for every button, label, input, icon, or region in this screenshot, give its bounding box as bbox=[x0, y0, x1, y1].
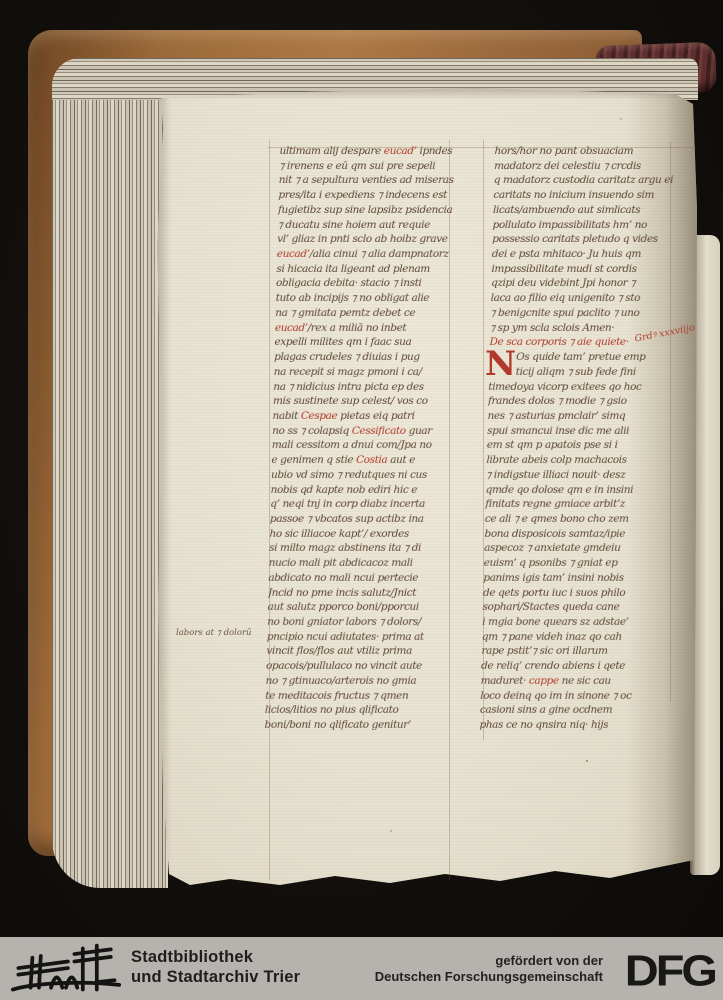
manuscript-text-line: mis sustinete sup celest/ vos co bbox=[273, 394, 449, 409]
manuscript-text-line: nucio mali pit abdicacoz mali bbox=[269, 556, 445, 571]
manuscript-text-line: vl’ gliaz in pnti sclo ab hoibz grave bbox=[277, 232, 453, 247]
manuscript-text-line: librate abeis colp machacois bbox=[486, 453, 670, 468]
manuscript-text-line: rape pstit’⁊ sic ori illarum bbox=[481, 644, 665, 659]
manuscript-text-line: pollulato impassibilitats hm’ no bbox=[492, 218, 676, 233]
manuscript-text-line: passoe ⁊ vbcatos sup actibz ina bbox=[270, 512, 446, 527]
manuscript-text-line: tuto ab incipijs ⁊ no obligat alie bbox=[275, 291, 451, 306]
paper-blemish bbox=[586, 760, 588, 762]
manuscript-text-line: licios/litios no pius qlificato bbox=[265, 703, 441, 718]
manuscript-text-line: em st qm p apatois pse si i bbox=[487, 438, 671, 453]
manuscript-text-line: de qets portu iuc i suos philo bbox=[483, 586, 667, 601]
manuscript-text-line: dei e psta mhitaco· Ju huis qm bbox=[492, 247, 676, 262]
manuscript-text-line: aut salutz pporco boni/pporcui bbox=[267, 600, 443, 615]
funding-credit: gefördert von der Deutschen Forschungsge… bbox=[375, 953, 603, 985]
manuscript-text-line: i mgia bone quears sz adstae’ bbox=[482, 615, 666, 630]
manuscript-text-line: ho sic illiacoe kapt’/ exordes bbox=[269, 527, 445, 542]
manuscript-text-line: pncipio ncui adiutates· prima at bbox=[267, 630, 443, 645]
manuscript-text-line: si hicacia ita ligeant ad plenam bbox=[276, 262, 452, 277]
library-name-line1: Stadtbibliothek bbox=[131, 948, 300, 968]
manuscript-text-line: panims igis tam’ insini nobis bbox=[483, 571, 667, 586]
manuscript-text-line: fugietibz sup sine lapsibz psidencia bbox=[278, 203, 454, 218]
manuscript-text-line: boni/boni no qlificato genitur’ bbox=[264, 718, 440, 733]
manuscript-text-line: licats/ambuendo aut simlicats bbox=[493, 203, 677, 218]
manuscript-text-line: eucad’/alia cinui ⁊ alia dampnatorz bbox=[277, 247, 453, 262]
manuscript-text-line: vincit flos/flos aut vtiliz prima bbox=[266, 644, 442, 659]
manuscript-text-line: hors/hor no pant obsuaciam bbox=[494, 144, 678, 159]
funding-credit-line1: gefördert von der bbox=[375, 953, 603, 969]
manuscript-text-line: impassibilitate mudi st cordis bbox=[491, 262, 675, 277]
manuscript-text-line: finitats regne gmiace arbit’z bbox=[485, 497, 669, 512]
manuscript-text-line: laca ao filio eiq unigenito ⁊ sto bbox=[490, 291, 674, 306]
manuscript-text-line: ⁊ indigstue illiaci nouit· desz bbox=[486, 468, 670, 483]
manuscript-text-line: madatorz dei celestiu ⁊ crcdis bbox=[494, 159, 678, 174]
manuscript-text-line: possessio caritats pletudo q vides bbox=[492, 232, 676, 247]
manuscript-text-line: aspecoz ⁊ anxietate gmdeiu bbox=[484, 541, 668, 556]
manuscript-text-line: Jncid no pme incis salutz/Jnict bbox=[268, 586, 444, 601]
manuscript-text-line: ⁊ irenens e eū qm sui pre sepeli bbox=[279, 159, 455, 174]
manuscript-text-line: te meditacois fructus ⁊ qmen bbox=[265, 689, 441, 704]
manuscript-column-right: hors/hor no pant obsuaciammadatorz dei c… bbox=[479, 144, 678, 733]
marginal-annotation: labors at ⁊ dolorū bbox=[176, 628, 252, 638]
manuscript-text-line: mali cessitom a dnui com/Jpa no bbox=[272, 438, 448, 453]
manuscript-text-line: q madatorz custodia caritatz argu ei bbox=[494, 173, 678, 188]
stadtbibliothek-trier-logo-icon bbox=[10, 941, 122, 997]
manuscript-text-line: nit ⁊ a sepultura venties ad miseras bbox=[279, 173, 455, 188]
manuscript-text-line: na ⁊ gmitata pemtz debet ce bbox=[275, 306, 451, 321]
manuscript-text-line: Os quide tam’ pretue emp bbox=[489, 350, 673, 365]
manuscript-column-left: ultimam alij despare eucad’ ipndes⁊ iren… bbox=[264, 144, 455, 733]
manuscript-text-line: spui smancui inse dic me alii bbox=[487, 424, 671, 439]
manuscript-text-line: bona disposicois samtaz/ipie bbox=[484, 527, 668, 542]
page-stack-left-edge bbox=[52, 84, 168, 888]
manuscript-text-line: loco deinq qo im in sinone ⁊ oc bbox=[480, 689, 664, 704]
manuscript-text-line: ⁊ benigcnite spui paclito ⁊ uno bbox=[490, 306, 674, 321]
manuscript-text-line: maduret· cappe ne sic cau bbox=[480, 674, 664, 689]
manuscript-text-line: de reliq’ crendo abiens i qete bbox=[481, 659, 665, 674]
manuscript-text-line: ticij aliqm ⁊ sub fede fini bbox=[489, 365, 673, 380]
manuscript-text-line: plagas crudeles ⁊ diuias i pug bbox=[274, 350, 450, 365]
manuscript-text-line: qmde qo dolose qm e in insini bbox=[485, 483, 669, 498]
manuscript-text-line: casioni sins a gine ocdnem bbox=[480, 703, 664, 718]
manuscript-text-line: abdicato no mali ncui pertecie bbox=[268, 571, 444, 586]
dfg-logo: DFG bbox=[625, 945, 715, 996]
manuscript-text-line: q’ neqi tnj in corp diabz incerta bbox=[270, 497, 446, 512]
manuscript-text-line: phas ce no qnsira niq· hijs bbox=[479, 718, 663, 733]
manuscript-text-line: euism’ q psonibs ⁊ gniat ep bbox=[484, 556, 668, 571]
manuscript-text-line: expelli milites qm i faac sua bbox=[274, 335, 450, 350]
digitization-footer-bar: Stadtbibliothek und Stadtarchiv Trier ge… bbox=[0, 937, 723, 1000]
manuscript-text-line: nes ⁊ asturias pmclair’ simq bbox=[487, 409, 671, 424]
manuscript-text-line: ce ali ⁊ e qmes bono cho zem bbox=[485, 512, 669, 527]
manuscript-text-line: caritats no inicium insuendo sim bbox=[493, 188, 677, 203]
manuscript-text-line: obligacia debita· stacio ⁊ insti bbox=[276, 276, 452, 291]
paper-blemish bbox=[620, 118, 622, 120]
manuscript-text-line: qzipi deu videbint Jpi honor ⁊ bbox=[491, 276, 675, 291]
manuscript-text-line: no ⁊ gtinuaco/arterois no gmia bbox=[265, 674, 441, 689]
manuscript-text-line: eucad’/rex a miliā no inbet bbox=[275, 321, 451, 336]
manuscript-text-line: sophari/Stactes queda cane bbox=[482, 600, 666, 615]
manuscript-text-line: ubio vd simo ⁊ redutques ni cus bbox=[271, 468, 447, 483]
manuscript-text-line: na recepit si magz pmoni i ca/ bbox=[274, 365, 450, 380]
digitized-manuscript-photo: ultimam alij despare eucad’ ipndes⁊ iren… bbox=[0, 0, 723, 1000]
manuscript-text-line: nabit Cespae pietas eiq patri bbox=[272, 409, 448, 424]
manuscript-text-line: no boni gniator labors ⁊ dolors/ bbox=[267, 615, 443, 630]
manuscript-text-line: ⁊ ducatu sine hoiem aut requie bbox=[277, 218, 453, 233]
manuscript-text-line: ultimam alij despare eucad’ ipndes bbox=[279, 144, 455, 159]
manuscript-text-line: pres/ita i expediens ⁊ indecens est bbox=[278, 188, 454, 203]
library-name: Stadtbibliothek und Stadtarchiv Trier bbox=[131, 948, 300, 987]
paper-blemish bbox=[390, 830, 392, 832]
manuscript-text-line: frandes dolos ⁊ modie ⁊ gsio bbox=[488, 394, 672, 409]
funding-credit-line2: Deutschen Forschungsgemeinschaft bbox=[375, 969, 603, 985]
manuscript-text-line: e genimen q stie Costia aut e bbox=[271, 453, 447, 468]
manuscript-text-line: qm ⁊ pane videh inaz qo cah bbox=[482, 630, 666, 645]
library-name-line2: und Stadtarchiv Trier bbox=[131, 968, 300, 988]
manuscript-text-line: na ⁊ nidicius intra picta ep des bbox=[273, 380, 449, 395]
manuscript-text-line: opacois/pullulaco no vincit aute bbox=[266, 659, 442, 674]
rubricated-initial: N bbox=[485, 349, 516, 379]
manuscript-text-line: si milto magz abstinens ita ⁊ di bbox=[269, 541, 445, 556]
manuscript-text-line: no ss ⁊ colapsiq Cessificato guar bbox=[272, 424, 448, 439]
manuscript-text-line: nobis qd kapte nob ediri hic e bbox=[270, 483, 446, 498]
